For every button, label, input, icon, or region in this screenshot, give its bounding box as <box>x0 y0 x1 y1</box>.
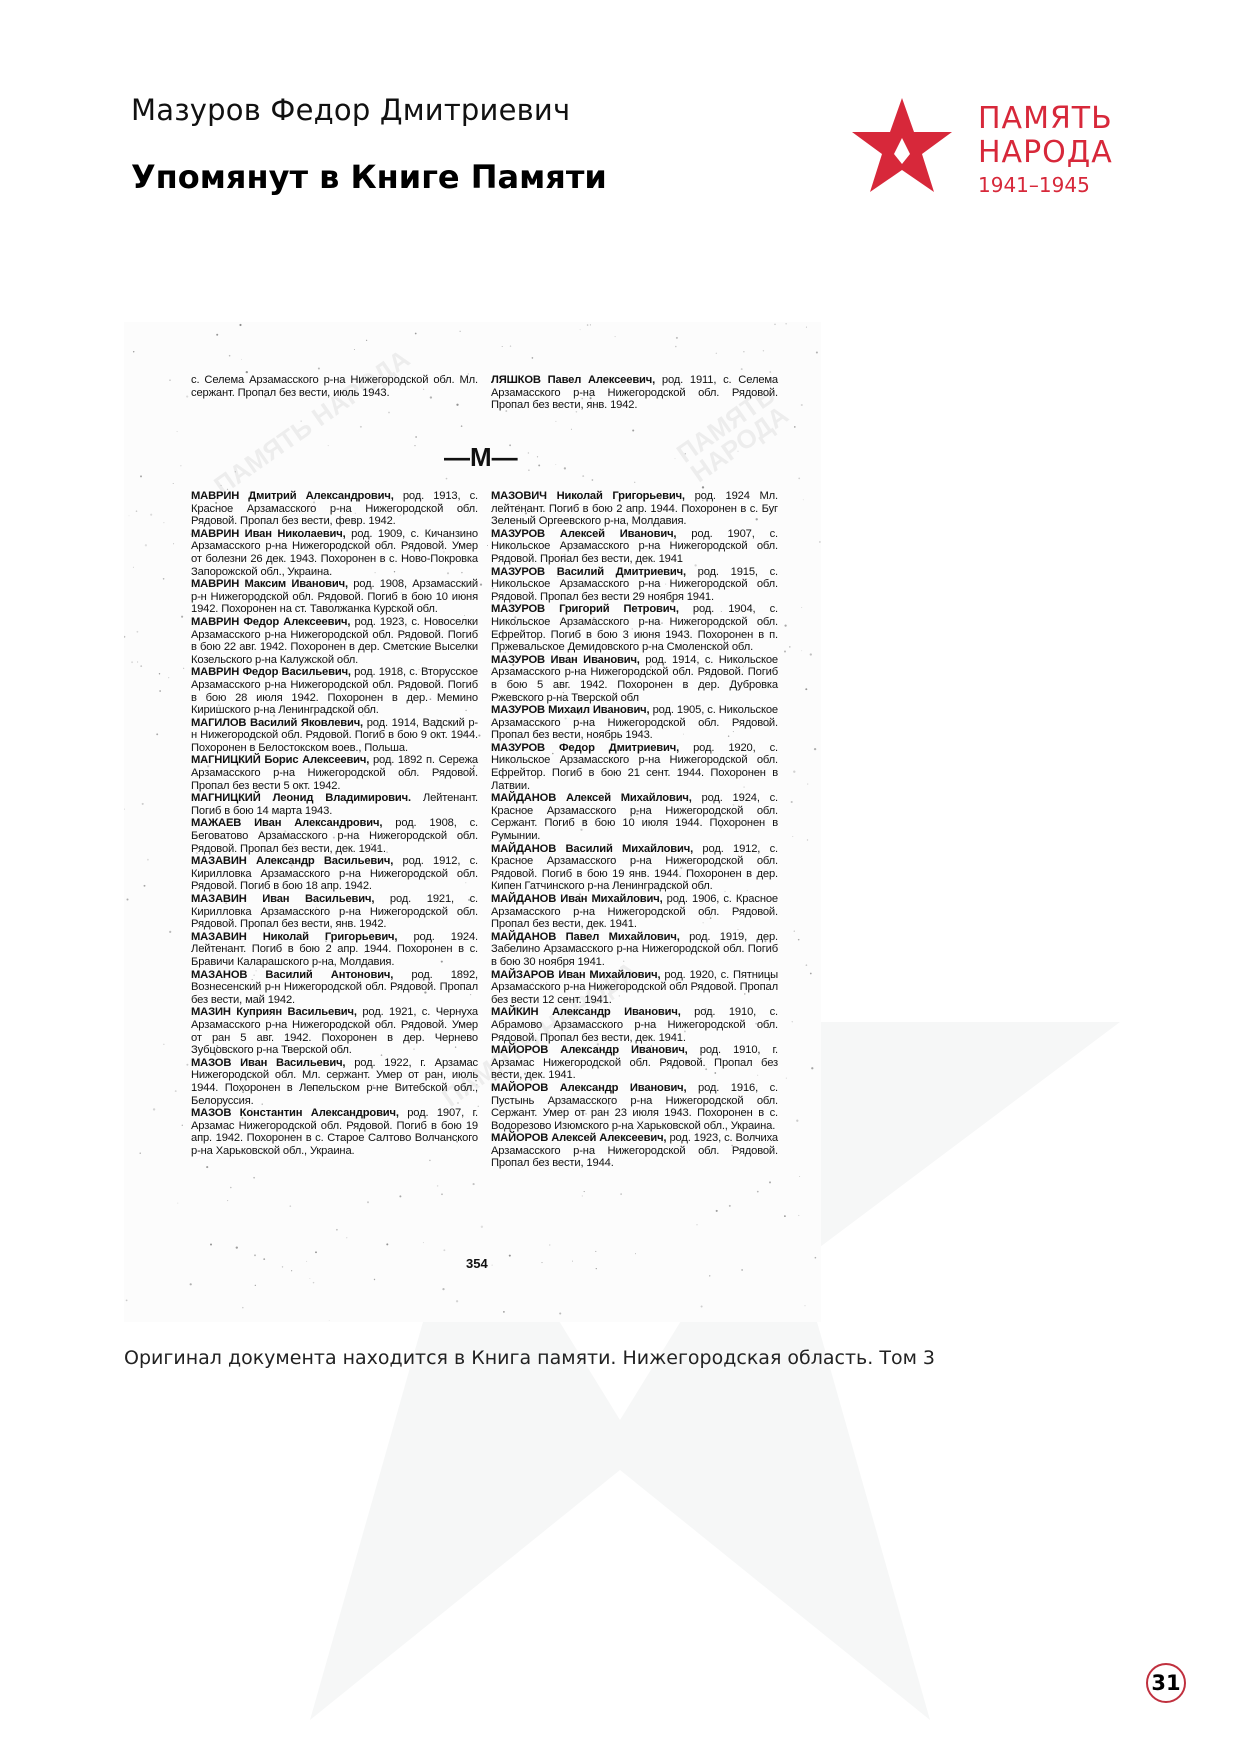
list-item: МАЙДАНОВ Павел Михайлович, род. 1919, де… <box>491 931 778 969</box>
page-subtitle: Упомянут в Книге Памяти <box>131 158 607 196</box>
entry-name: МАЙОРОВ Алексей Алексеевич, <box>491 1132 666 1144</box>
pamyat-naroda-logo[interactable]: ПАМЯТЬ НАРОДА 1941–1945 <box>850 96 1130 196</box>
entry-name: МАЗУРОВ Федор Дмитриевич, <box>491 742 679 754</box>
list-item: МАВРИН Максим Иванович, род. 1908, Арзам… <box>191 578 478 616</box>
entry-name: МАЗУРОВ Иван Иванович, <box>491 654 640 666</box>
list-item: МАЖАЕВ Иван Александрович, род. 1908, с.… <box>191 817 478 855</box>
list-item: МАЗОВИЧ Николай Григорьевич, род. 1924 М… <box>491 490 778 528</box>
logo-text-line1: ПАМЯТЬ <box>978 102 1113 136</box>
entry-name: МАЙДАНОВ Иван Михайлович, <box>491 893 663 905</box>
entry-name: МАЗАВИН Иван Васильевич, <box>191 893 374 905</box>
list-item: МАЗАВИН Николай Григорьевич, род. 1924. … <box>191 931 478 969</box>
entry-name: МАЙОРОВ Александр Иванович, <box>491 1044 688 1056</box>
entry-name: МАЙЗАРОВ Иван Михайлович, <box>491 969 660 981</box>
list-item: МАГИЛОВ Василий Яковлевич, род. 1914, Ва… <box>191 717 478 755</box>
logo-text-line2: НАРОДА <box>978 136 1113 170</box>
list-item: МАЙЗАРОВ Иван Михайлович, род. 1920, с. … <box>491 969 778 1007</box>
list-item: МАЗОВ Иван Васильевич, род. 1922, г. Арз… <box>191 1057 478 1107</box>
left-column-top: с. Селема Арзамасского р-на Нижегородско… <box>191 374 478 399</box>
page-number-badge: 31 <box>1146 1663 1186 1703</box>
entry-name: МАГНИЦКИЙ Леонид Владимирович. <box>191 792 411 804</box>
entry-name: МАЙОРОВ Александр Иванович, <box>491 1082 687 1094</box>
entry-name: МАЗАВИН Николай Григорьевич, <box>191 931 397 943</box>
entry-name: МАЗУРОВ Григорий Петрович, <box>491 603 679 615</box>
entry-name: МАВРИН Федор Алексеевич, <box>191 616 350 628</box>
list-item: МАЙОРОВ Александр Иванович, род. 1910, г… <box>491 1044 778 1082</box>
list-item: МАЙДАНОВ Василий Михайлович, род. 1912, … <box>491 843 778 893</box>
list-item: МАЗИН Куприян Васильевич, род. 1921, с. … <box>191 1006 478 1056</box>
entry-name: МАЗУРОВ Михаил Иванович, <box>491 704 650 716</box>
entry-name: МАЗАНОВ Василий Антонович, <box>191 969 393 981</box>
list-item: МАЙОРОВ Алексей Алексеевич, род. 1923, с… <box>491 1132 778 1170</box>
list-item: МАЗУРОВ Федор Дмитриевич, род. 1920, с. … <box>491 742 778 792</box>
list-item: МАЗУРОВ Григорий Петрович, род. 1904, с.… <box>491 603 778 653</box>
list-item: МАВРИН Федор Васильевич, род. 1918, с. В… <box>191 666 478 716</box>
entry-name: МАЗУРОВ Алексей Иванович, <box>491 528 676 540</box>
list-item: МАЙОРОВ Александр Иванович, род. 1916, с… <box>491 1082 778 1132</box>
list-item: МАЗАВИН Александр Васильевич, род. 1912,… <box>191 855 478 893</box>
source-caption: Оригинал документа находится в Книга пам… <box>124 1347 935 1369</box>
list-item: МАГНИЦКИЙ Леонид Владимирович. Лейтенант… <box>191 792 478 817</box>
entry-name: МАЗУРОВ Василий Дмитриевич, <box>491 566 686 578</box>
book-page-number: 354 <box>466 1256 488 1271</box>
logo-years: 1941–1945 <box>978 172 1113 198</box>
entry-name: МАВРИН Иван Николаевич, <box>191 528 346 540</box>
entry-name: МАЙДАНОВ Василий Михайлович, <box>491 843 693 855</box>
entry-name: МАЖАЕВ Иван Александрович, <box>191 817 382 829</box>
section-letter: —М— <box>444 442 518 473</box>
entry-name: МАЗОВИЧ Николай Григорьевич, <box>491 490 685 502</box>
entry-name: МАВРИН Максим Иванович, <box>191 578 348 590</box>
list-item: МАЗУРОВ Иван Иванович, род. 1914, с. Ник… <box>491 654 778 704</box>
entry-name: МАЙДАНОВ Павел Михайлович, <box>491 931 680 943</box>
entry-name: МАВРИН Федор Васильевич, <box>191 666 351 678</box>
list-item: МАЗУРОВ Алексей Иванович, род. 1907, с. … <box>491 528 778 566</box>
continued-entry: с. Селема Арзамасского р-на Нижегородско… <box>191 374 478 399</box>
scanned-book-page: ПАМЯТЬ НАРОДА ПАМЯТЬ НАРОДА ПАМЯТЬ НАРОД… <box>124 322 821 1322</box>
list-item: МАЙКИН Александр Иванович, род. 1910, с.… <box>491 1006 778 1044</box>
list-item: МАЗОВ Константин Александрович, род. 190… <box>191 1107 478 1157</box>
list-item: МАЙДАНОВ Алексей Михайлович, род. 1924, … <box>491 792 778 842</box>
entry-name: МАЙКИН Александр Иванович, <box>491 1006 681 1018</box>
list-item: МАВРИН Федор Алексеевич, род. 1923, с. Н… <box>191 616 478 666</box>
left-column: МАВРИН Дмитрий Александрович, род. 1913,… <box>191 490 478 1157</box>
right-column-top: ЛЯШКОВ Павел Алексеевич, род. 1911, с. С… <box>491 374 778 412</box>
list-item: ЛЯШКОВ Павел Алексеевич, род. 1911, с. С… <box>491 374 778 412</box>
entry-name: МАЗОВ Константин Александрович, <box>191 1107 399 1119</box>
list-item: МАВРИН Дмитрий Александрович, род. 1913,… <box>191 490 478 528</box>
list-item: МАЗУРОВ Василий Дмитриевич, род. 1915, с… <box>491 566 778 604</box>
list-item: МАЙДАНОВ Иван Михайлович, род. 1906, с. … <box>491 893 778 931</box>
right-column: МАЗОВИЧ Николай Григорьевич, род. 1924 М… <box>491 490 778 1170</box>
entry-name: МАЗАВИН Александр Васильевич, <box>191 855 393 867</box>
list-item: МАВРИН Иван Николаевич, род. 1909, с. Ки… <box>191 528 478 578</box>
list-item: МАЗАВИН Иван Васильевич, род. 1921, с. К… <box>191 893 478 931</box>
entry-name: МАГИЛОВ Василий Яковлевич, <box>191 717 363 729</box>
entry-name: МАЗИН Куприян Васильевич, <box>191 1006 357 1018</box>
entry-name: МАЗОВ Иван Васильевич, <box>191 1057 345 1069</box>
entry-name: МАГНИЦКИЙ Борис Алексеевич, <box>191 754 369 766</box>
list-item: МАГНИЦКИЙ Борис Алексеевич, род. 1892 п.… <box>191 754 478 792</box>
list-item: МАЗУРОВ Михаил Иванович, род. 1905, с. Н… <box>491 704 778 742</box>
person-name: Мазуров Федор Дмитриевич <box>131 93 570 127</box>
list-item: МАЗАНОВ Василий Антонович, род. 1892, Во… <box>191 969 478 1007</box>
red-star-icon <box>850 96 954 196</box>
entry-name: МАЙДАНОВ Алексей Михайлович, <box>491 792 692 804</box>
entry-name: МАВРИН Дмитрий Александрович, <box>191 490 394 502</box>
